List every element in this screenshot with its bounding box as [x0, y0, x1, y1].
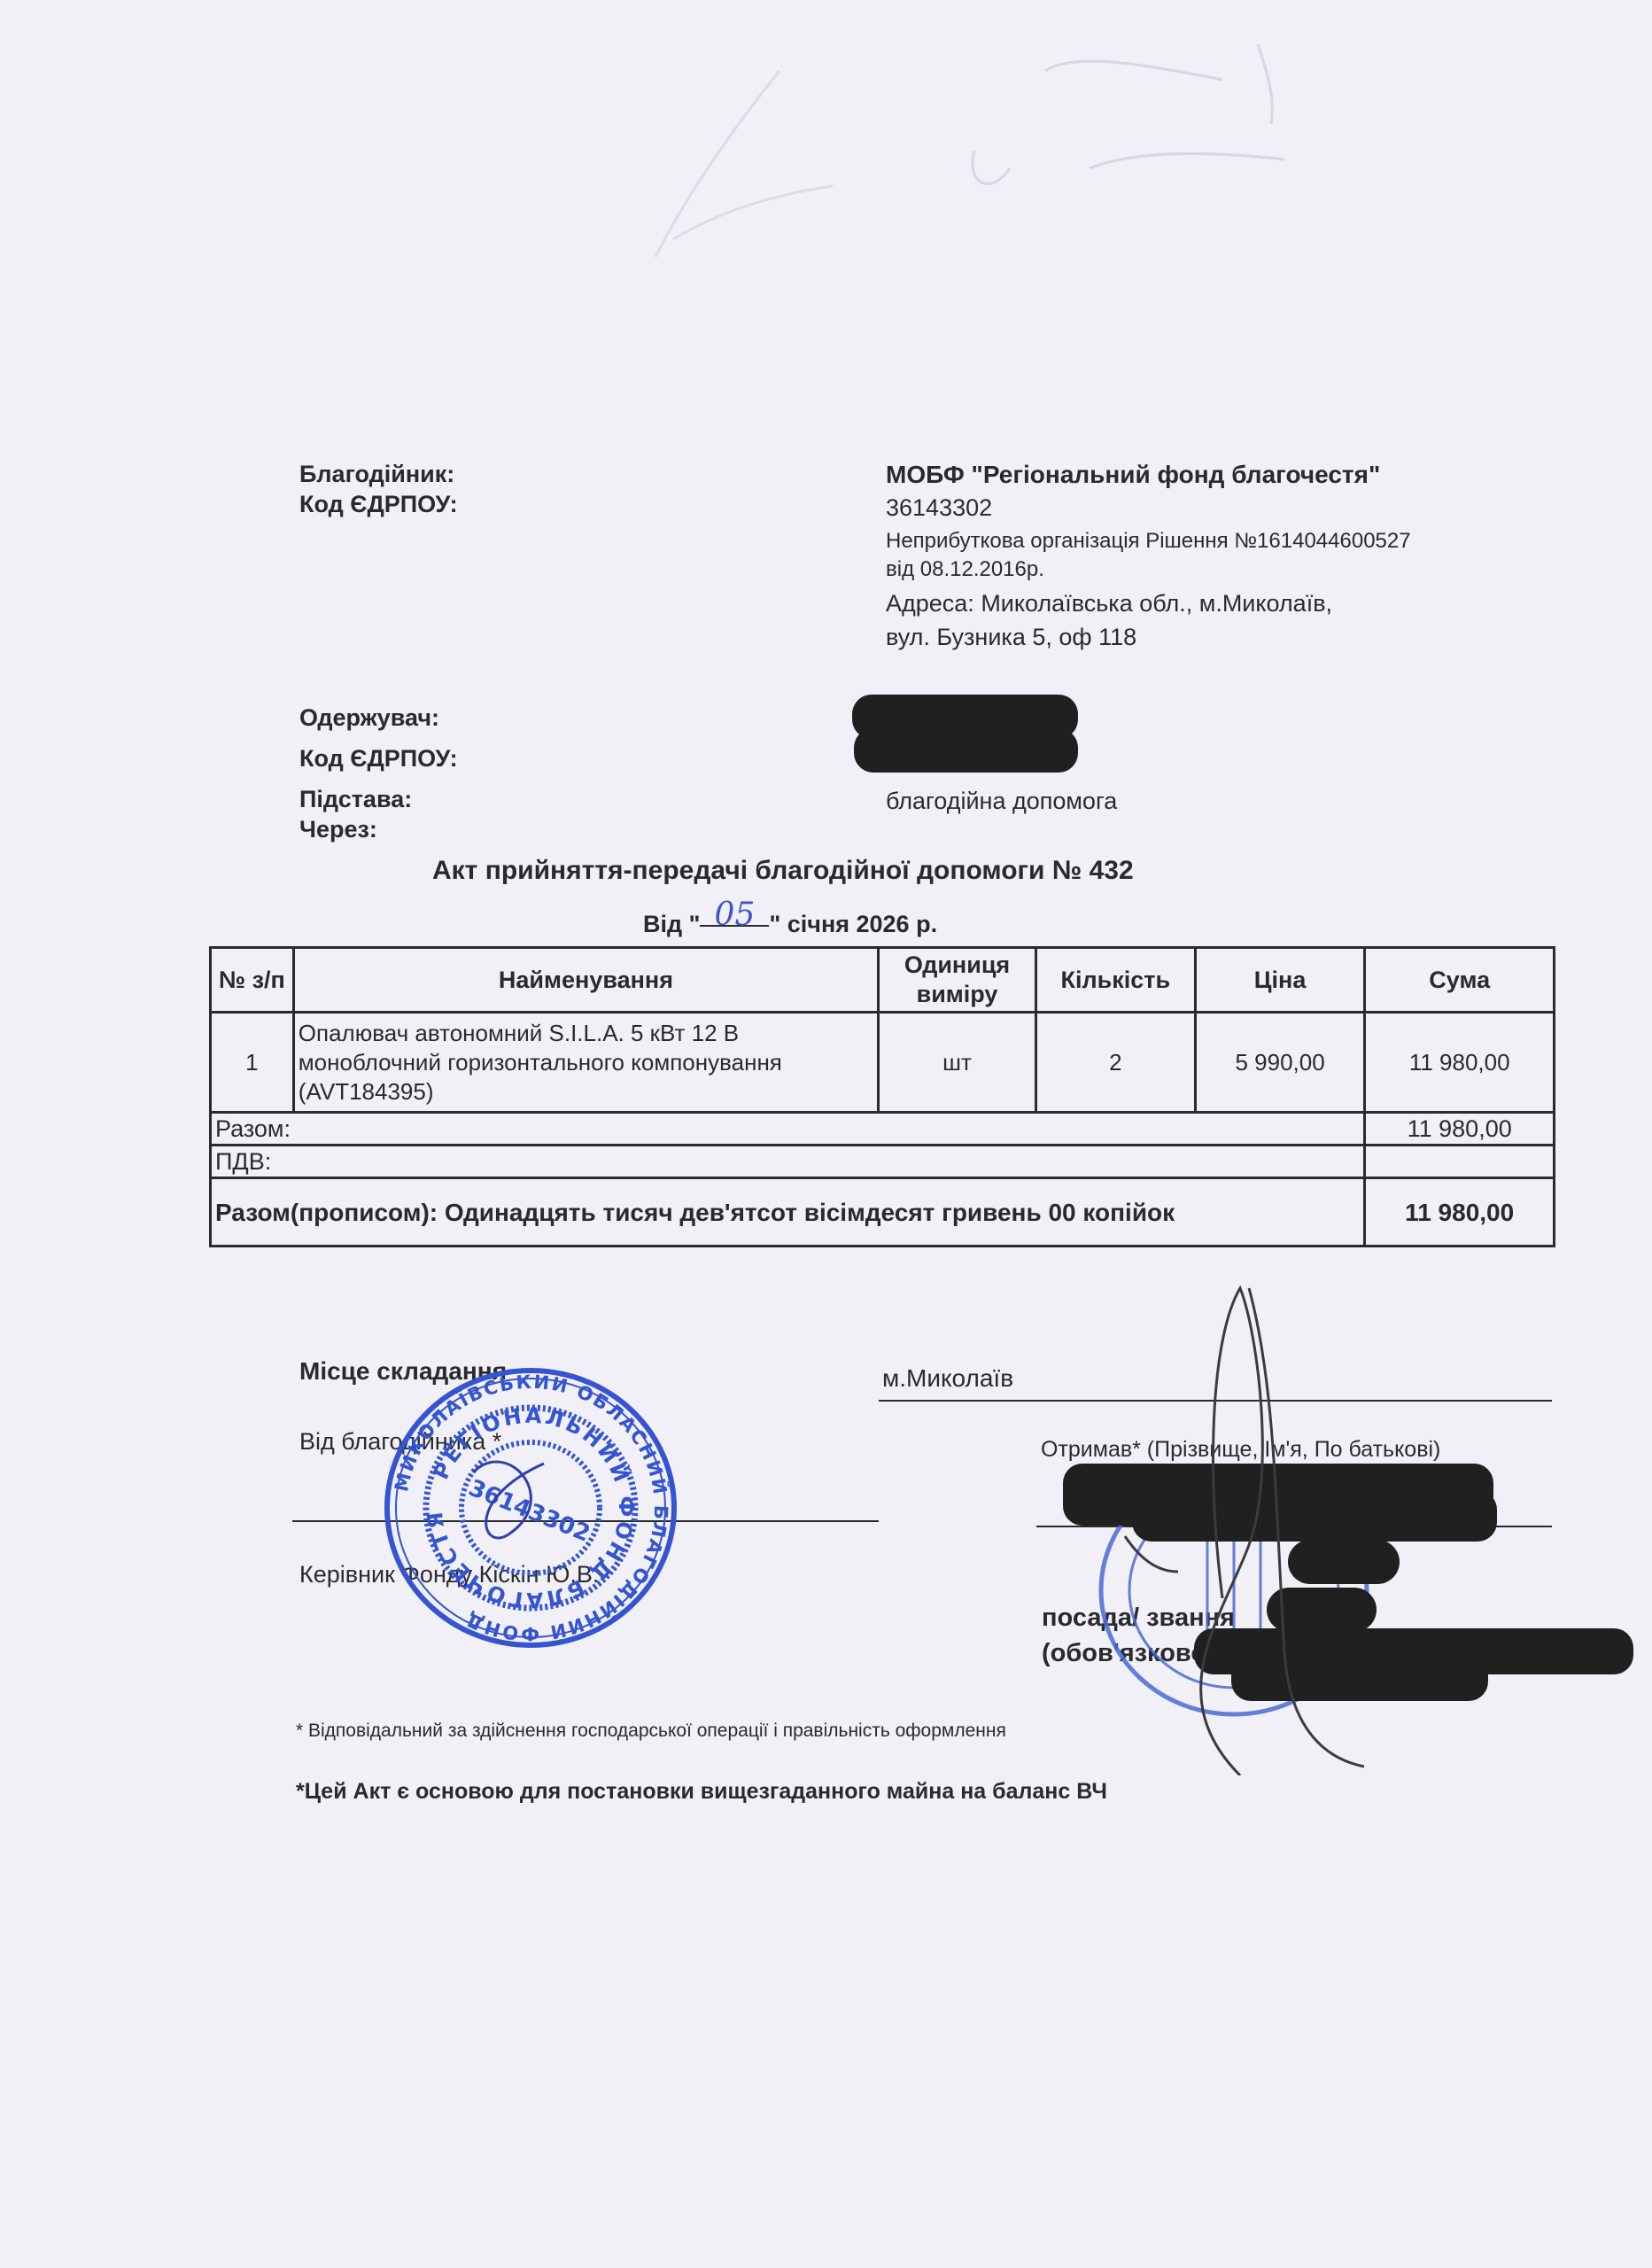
- recipient-via-label: Через:: [299, 814, 458, 855]
- act-title: Акт прийняття-передачі благодійної допом…: [432, 856, 1134, 886]
- col-header-unit: Одиниця виміру: [879, 948, 1036, 1013]
- col-header-num: № з/п: [211, 948, 294, 1013]
- table-header-row: № з/п Найменування Одиниця виміру Кількі…: [211, 948, 1555, 1013]
- total-in-words-value: 11 980,00: [1365, 1178, 1555, 1247]
- col-header-sum: Сума: [1365, 948, 1555, 1013]
- bleed-through-handwriting: [957, 18, 1329, 221]
- col-header-price: Ціна: [1195, 948, 1365, 1013]
- col-header-qty: Кількість: [1035, 948, 1195, 1013]
- total-row: Разом: 11 980,00: [211, 1113, 1555, 1146]
- donor-code: 36143302: [886, 491, 1411, 524]
- bleed-through-signature: [620, 62, 850, 275]
- cell-name: Опалювач автономний S.I.L.A. 5 кВт 12 В …: [293, 1013, 878, 1113]
- table-row: 1 Опалювач автономний S.I.L.A. 5 кВт 12 …: [211, 1013, 1555, 1113]
- items-table: № з/п Найменування Одиниця виміру Кількі…: [209, 946, 1555, 1247]
- footnote-responsible: * Відповідальний за здійснення господарс…: [296, 1720, 1006, 1742]
- total-in-words-row: Разом(прописом): Одинадцять тисяч дев'ят…: [211, 1178, 1555, 1247]
- vat-label: ПДВ:: [211, 1146, 1365, 1178]
- recipient-signature: [1107, 1279, 1408, 1775]
- cell-sum: 11 980,00: [1365, 1013, 1555, 1113]
- redacted-recipient-code: [854, 728, 1078, 773]
- recipient-basis: благодійна допомога: [886, 788, 1117, 815]
- recipient-code-label: Код ЄДРПОУ:: [299, 743, 458, 784]
- cell-price: 5 990,00: [1195, 1013, 1365, 1113]
- col-header-name: Найменування: [293, 948, 878, 1013]
- cell-qty: 2: [1035, 1013, 1195, 1113]
- donor-labels: Благодійник: Код ЄДРПОУ:: [299, 459, 458, 519]
- recipient-basis-label: Підстава:: [299, 784, 458, 814]
- total-value: 11 980,00: [1365, 1113, 1555, 1146]
- act-date-prefix: Від ": [643, 911, 700, 937]
- donor-address-line2: вул. Бузника 5, оф 118: [886, 620, 1411, 654]
- act-date-day: 05: [700, 905, 769, 927]
- recipient-label: Одержувач:: [299, 703, 458, 743]
- place-value: м.Миколаїв: [882, 1364, 1013, 1393]
- cell-unit: шт: [879, 1013, 1036, 1113]
- total-label: Разом:: [211, 1113, 1365, 1146]
- act-date-suffix: " січня 2026 р.: [769, 911, 937, 937]
- recipient-labels: Одержувач: Код ЄДРПОУ: Підстава: Через:: [299, 703, 458, 855]
- donor-label: Благодійник:: [299, 459, 458, 489]
- donor-values: МОБФ "Регіональний фонд благочестя" 3614…: [886, 459, 1411, 654]
- donor-name: МОБФ "Регіональний фонд благочестя": [886, 459, 1411, 491]
- cell-num: 1: [211, 1013, 294, 1113]
- donor-code-label: Код ЄДРПОУ:: [299, 489, 458, 519]
- total-in-words: Разом(прописом): Одинадцять тисяч дев'ят…: [211, 1178, 1365, 1247]
- donor-address-line1: Адреса: Миколаївська обл., м.Миколаїв,: [886, 586, 1411, 620]
- act-date: Від "05" січня 2026 р.: [643, 911, 937, 938]
- vat-value: [1365, 1146, 1555, 1178]
- donor-stamp: МИКОЛАЇВСЬКИЙ ОБЛАСНИЙ БЛАГОДІЙНИЙ ФОНД …: [376, 1357, 686, 1658]
- vat-row: ПДВ:: [211, 1146, 1555, 1178]
- footnote-basis: *Цей Акт є основою для постановки вищезг…: [296, 1779, 1107, 1805]
